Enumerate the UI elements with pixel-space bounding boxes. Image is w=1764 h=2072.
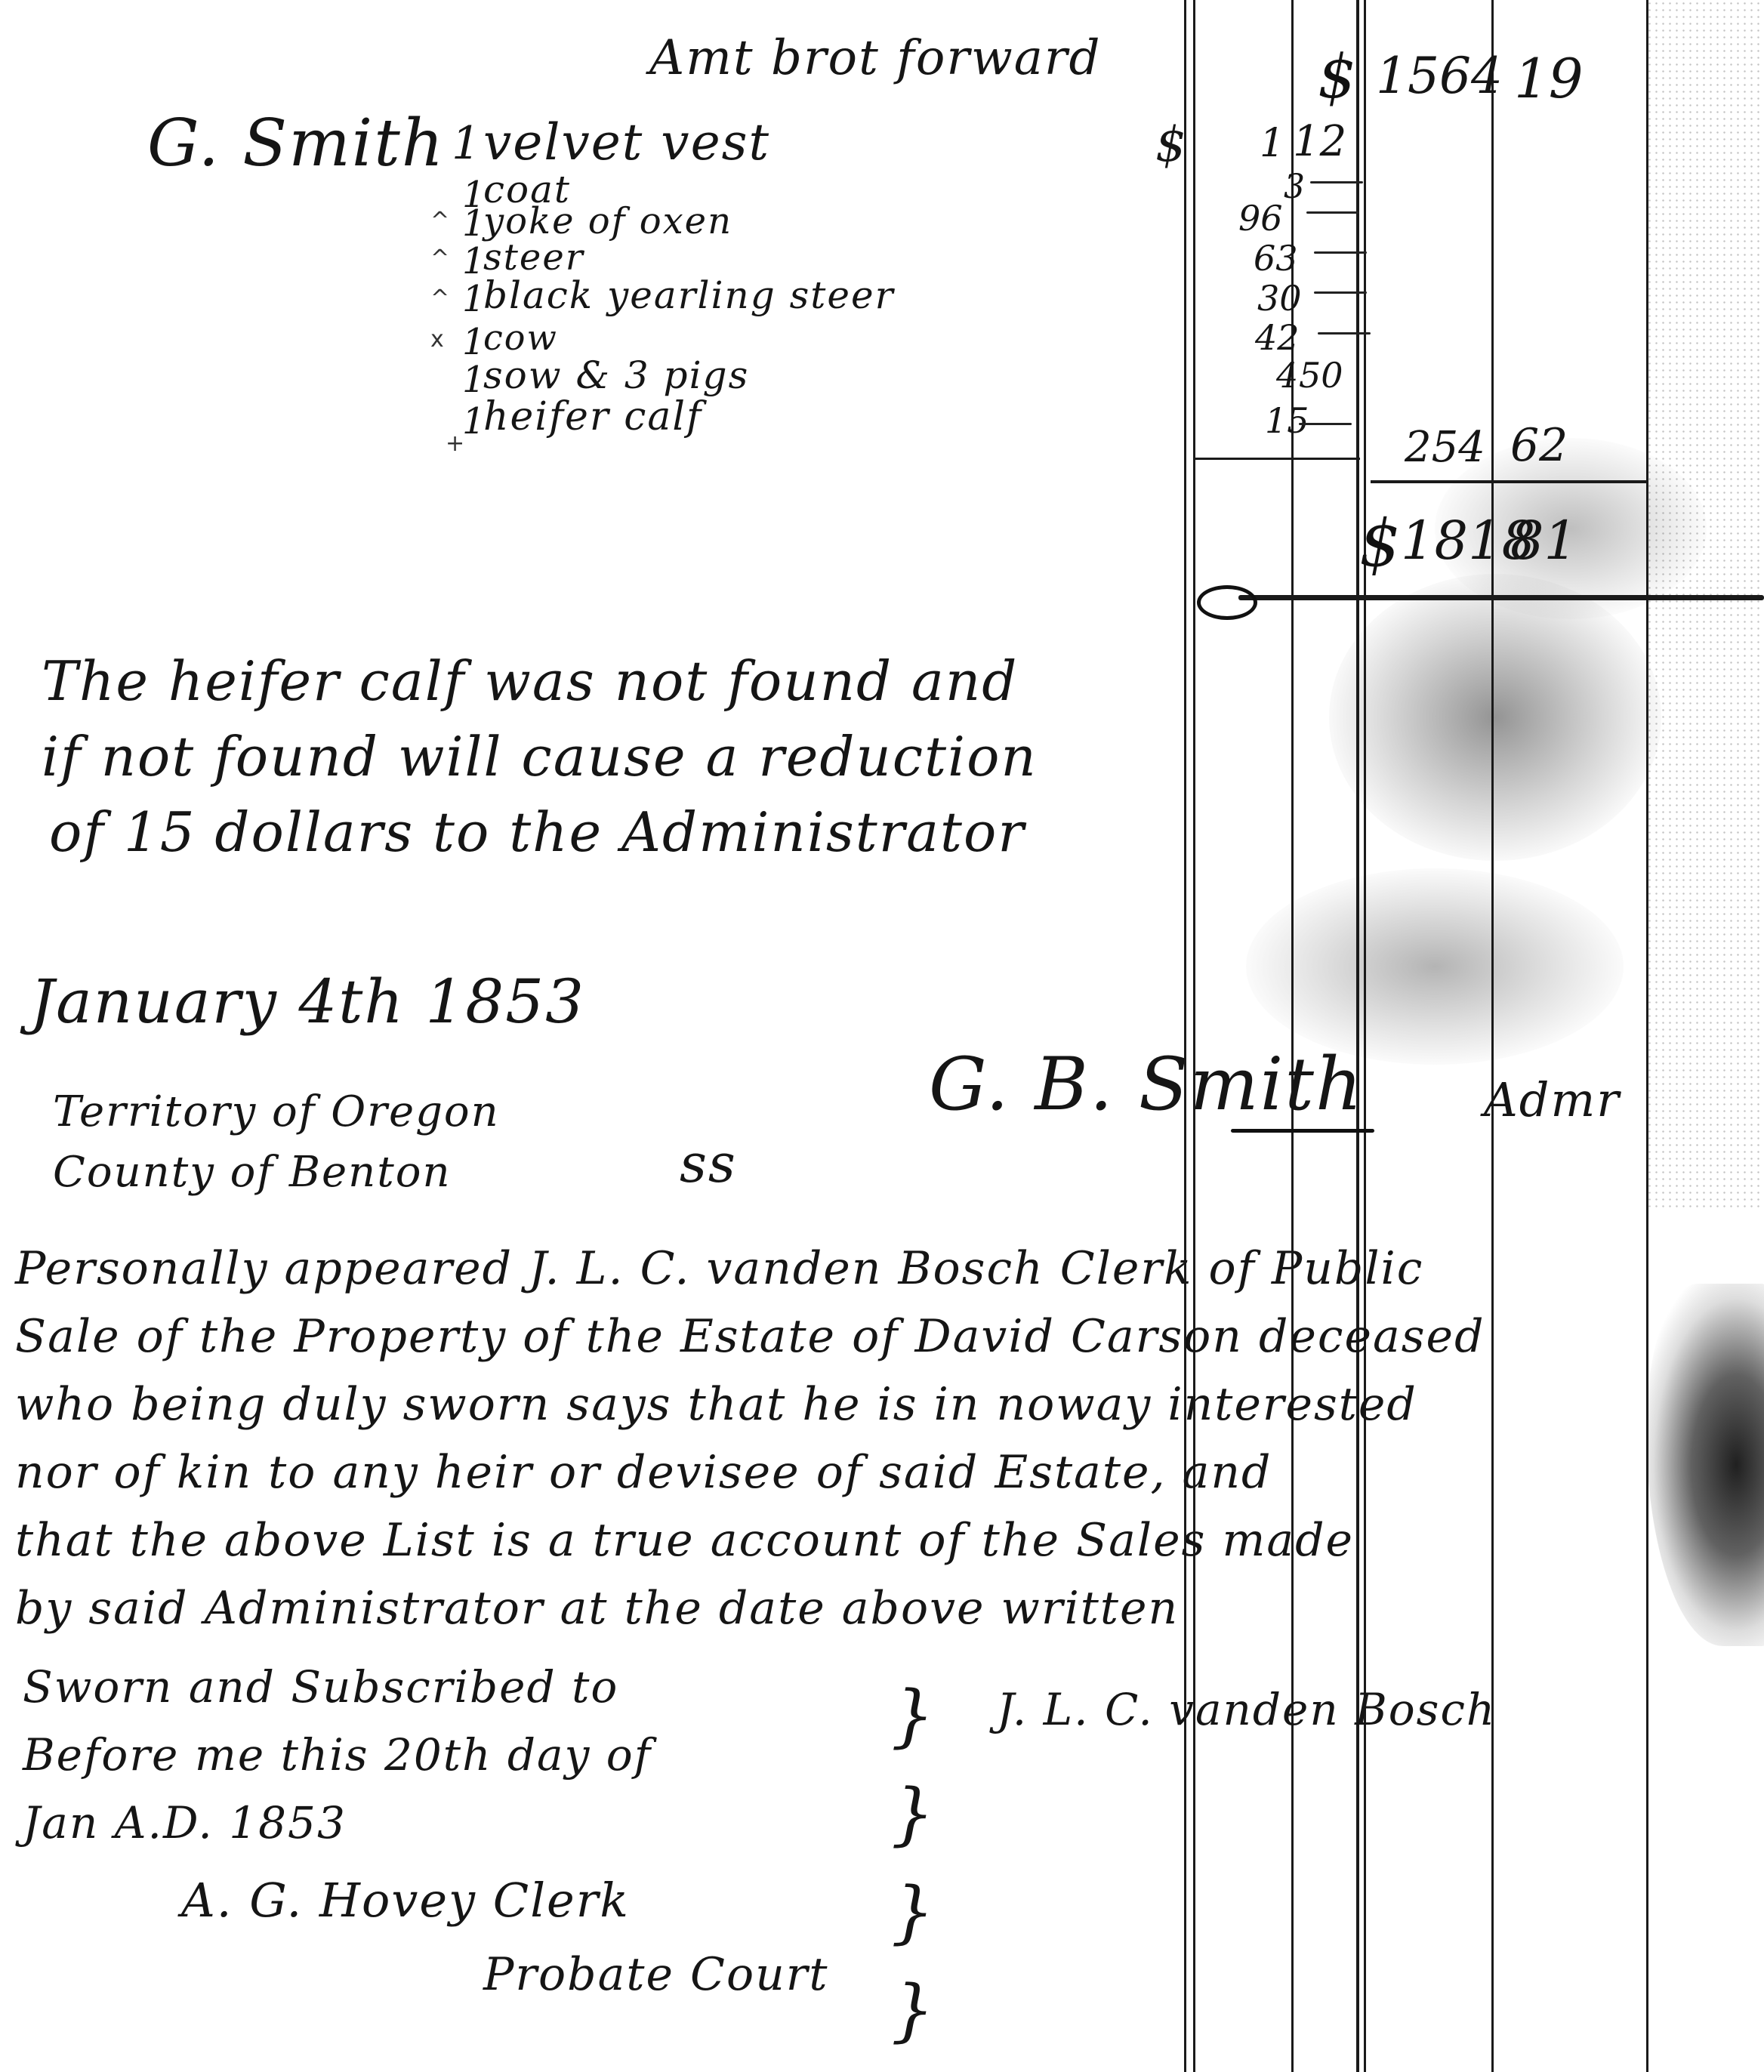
affidavit-line: by said Administrator at the date above …: [15, 1582, 1179, 1635]
bracket-mark: }: [891, 1676, 936, 1756]
item-cents-dash: [1314, 251, 1367, 254]
ledger-rule: [1491, 0, 1494, 2072]
subtotal-cents: 62: [1510, 419, 1568, 472]
item-dollars: 15: [1265, 400, 1309, 441]
item-cents-dash: [1314, 291, 1367, 294]
audit-mark: x: [430, 326, 444, 353]
item-description: heifer calf: [483, 394, 702, 439]
ledger-rule: [1364, 0, 1366, 2072]
date-line: January 4th 1853: [30, 967, 585, 1037]
item-description: sow & 3 pigs: [483, 353, 749, 397]
affidavit-line: Personally appeared J. L. C. vanden Bosc…: [15, 1242, 1423, 1295]
note-line: of 15 dollars to the Administrator: [49, 800, 1025, 864]
ink-smudge: [1246, 868, 1624, 1065]
item-dollars: 42: [1255, 317, 1300, 358]
note-line: The heifer calf was not found and: [42, 649, 1018, 713]
jurat-line: Jan A.D. 1853: [23, 1797, 347, 1848]
item-cents-dash: [1318, 332, 1371, 335]
total-currency-symbol: $: [1359, 506, 1401, 581]
item-description: cow: [483, 317, 558, 358]
paper-stain: [1646, 1284, 1764, 1646]
total-rule: [1371, 480, 1646, 483]
item-dollars: 1: [1260, 121, 1284, 166]
document-page: Amt brot forward $ 1564 19 G. Smith $ 1 …: [0, 0, 1764, 2072]
subtotal-dollars: 254: [1405, 423, 1485, 472]
item-cents: 12: [1293, 117, 1346, 166]
item-dollars: 63: [1254, 238, 1298, 279]
subtotal-rule: [1195, 458, 1360, 460]
item-description: velvet vest: [483, 113, 770, 171]
closing-rule: [1238, 595, 1764, 600]
item-dollars: 3: [1284, 168, 1305, 206]
affidavit-line: nor of kin to any heir or devisee of sai…: [15, 1446, 1272, 1499]
item-cents-dash: [1306, 211, 1359, 214]
item-dollars: 96: [1238, 198, 1283, 239]
venue-county: County of Benton: [53, 1148, 452, 1197]
jurat-line: Before me this 20th day of: [23, 1729, 652, 1781]
affidavit-line: Sale of the Property of the Estate of Da…: [15, 1310, 1485, 1363]
audit-mark: ^: [430, 245, 449, 272]
closing-flourish: [1197, 585, 1257, 620]
item-cents-dash: [1299, 423, 1352, 425]
administrator-title: Admr: [1484, 1072, 1621, 1127]
item-cents: 50: [1299, 355, 1343, 396]
note-line: if not found will cause a reduction: [42, 725, 1038, 788]
currency-symbol: $: [1318, 42, 1356, 112]
jurat-line: Sworn and Subscribed to: [23, 1661, 618, 1713]
amount-brought-forward-label: Amt brot forward: [649, 30, 1101, 86]
ledger-rule: [1184, 0, 1186, 2072]
item-dollars: 4: [1276, 355, 1298, 396]
bracket-mark: }: [891, 1971, 936, 2050]
item-qty: 1: [452, 117, 482, 170]
ink-smudge: [1329, 574, 1661, 861]
administrator-signature: G. B. Smith: [929, 1042, 1364, 1127]
venue-ss-mark: ss: [680, 1133, 737, 1195]
clerk-court: Probate Court: [483, 1948, 829, 2001]
ledger-rule: [1356, 0, 1359, 2072]
signature-underline: [1231, 1129, 1374, 1133]
ditto-mark: $: [1155, 117, 1188, 173]
witness-signature: J. L. C. vanden Bosch: [997, 1684, 1496, 1735]
audit-mark: ^: [430, 208, 449, 234]
bracket-mark: }: [891, 1774, 936, 1854]
audit-mark: ^: [430, 285, 449, 312]
brought-forward-cents: 19: [1514, 47, 1584, 110]
bracket-mark: }: [891, 1873, 936, 1952]
venue-territory: Territory of Oregon: [53, 1087, 500, 1136]
item-dollars: 30: [1257, 278, 1302, 319]
clerk-signature: A. G. Hovey Clerk: [181, 1873, 630, 1928]
affidavit-line: that the above List is a true account of…: [15, 1514, 1354, 1567]
ledger-rule: [1193, 0, 1195, 2072]
ledger-rule: [1646, 0, 1648, 2072]
purchaser-name: G. Smith: [147, 106, 445, 181]
affidavit-line: who being duly sworn says that he is in …: [15, 1378, 1417, 1431]
item-description: black yearling steer: [483, 273, 894, 317]
item-cents-dash: [1310, 181, 1363, 183]
paper-speckle: [1646, 0, 1764, 1208]
brought-forward-dollars: 1564: [1376, 47, 1503, 105]
total-cents: 81: [1510, 510, 1577, 572]
item-description: steer: [483, 236, 584, 279]
